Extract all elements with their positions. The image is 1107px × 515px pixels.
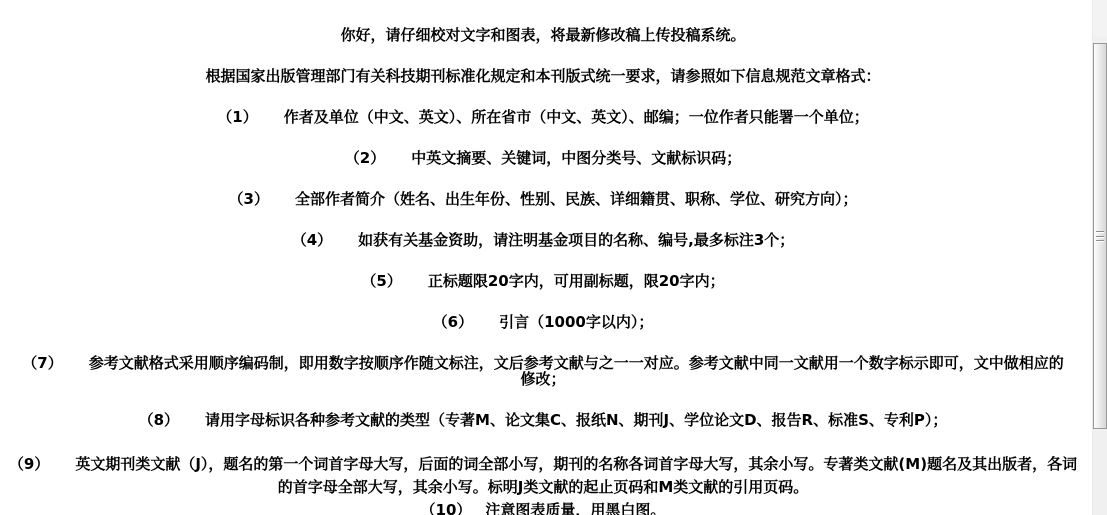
item-text: 如获有关基金资助，请注明基金项目的名称、编号,最多标注3个；: [358, 231, 794, 249]
item-number: （10）: [421, 499, 472, 515]
item-text: 全部作者简介（姓名、出生年份、性别、民族、详细籍贯、职称、学位、研究方向）；: [295, 190, 858, 208]
item-number: （5）: [361, 273, 401, 289]
scrollbar-thumb[interactable]: [1093, 43, 1107, 429]
guideline-item-7: （7）参考文献格式采用顺序编码制，即用数字按顺序作随文标注，文后参考文献与之一一…: [20, 355, 1066, 387]
item-number: （6）: [433, 314, 473, 330]
item-text: 中英文摘要、关键词，中图分类号、文献标识码；: [411, 149, 741, 167]
guideline-item-9: （9）英文期刊类文献（J），题名的第一个词首字母大写，后面的词全部小写，期刊的名…: [6, 453, 1080, 499]
item-text: 参考文献格式采用顺序编码制，即用数字按顺序作随文标注，文后参考文献与之一一对应。…: [89, 354, 1064, 388]
item-number: （9）: [9, 453, 49, 476]
item-number: （4）: [292, 232, 332, 248]
guideline-item-1: （1）作者及单位（中文、英文）、所在省市（中文、英文）、邮编；一位作者只能署一个…: [0, 109, 1086, 125]
item-number: （8）: [139, 412, 179, 428]
item-number: （7）: [22, 355, 62, 371]
item-text: 正标题限20字内，可用副标题，限20字内；: [428, 272, 725, 290]
item-number: （2）: [345, 150, 385, 166]
item-text: 作者及单位（中文、英文）、所在省市（中文、英文）、邮编；一位作者只能署一个单位；: [284, 108, 869, 126]
document-content: 你好，请仔细校对文字和图表，将最新修改稿上传投稿系统。 根据国家出版管理部门有关…: [0, 0, 1086, 515]
intro-paragraph-1: 你好，请仔细校对文字和图表，将最新修改稿上传投稿系统。: [0, 27, 1086, 43]
guideline-item-5: （5）正标题限20字内，可用副标题，限20字内；: [0, 273, 1086, 289]
guideline-item-6: （6）引言（1000字以内）；: [0, 314, 1086, 330]
vertical-scrollbar[interactable]: [1092, 0, 1107, 515]
guideline-item-3: （3）全部作者简介（姓名、出生年份、性别、民族、详细籍贯、职称、学位、研究方向）…: [0, 191, 1086, 207]
item-number: （3）: [229, 191, 269, 207]
guideline-item-10: （10）注意图表质量，用黑白图。: [0, 499, 1086, 515]
guideline-item-8: （8）请用字母标识各种参考文献的类型（专著M、论文集C、报纸N、期刊J、学位论文…: [0, 412, 1086, 428]
item-number: （1）: [217, 109, 257, 125]
grip-icon: [1096, 231, 1104, 241]
document-page: 你好，请仔细校对文字和图表，将最新修改稿上传投稿系统。 根据国家出版管理部门有关…: [0, 0, 1107, 515]
item-text: 引言（1000字以内）；: [499, 313, 653, 331]
guideline-item-4: （4）如获有关基金资助，请注明基金项目的名称、编号,最多标注3个；: [0, 232, 1086, 248]
scrollbar-track[interactable]: [1093, 0, 1107, 37]
intro-paragraph-2: 根据国家出版管理部门有关科技期刊标准化规定和本刊版式统一要求，请参照如下信息规范…: [0, 68, 1086, 84]
item-text: 请用字母标识各种参考文献的类型（专著M、论文集C、报纸N、期刊J、学位论文D、报…: [205, 411, 947, 429]
item-text: 英文期刊类文献（J），题名的第一个词首字母大写，后面的词全部小写，期刊的名称各词…: [75, 455, 1077, 496]
item-text: 注意图表质量，用黑白图。: [485, 501, 665, 515]
guideline-item-2: （2）中英文摘要、关键词，中图分类号、文献标识码；: [0, 150, 1086, 166]
